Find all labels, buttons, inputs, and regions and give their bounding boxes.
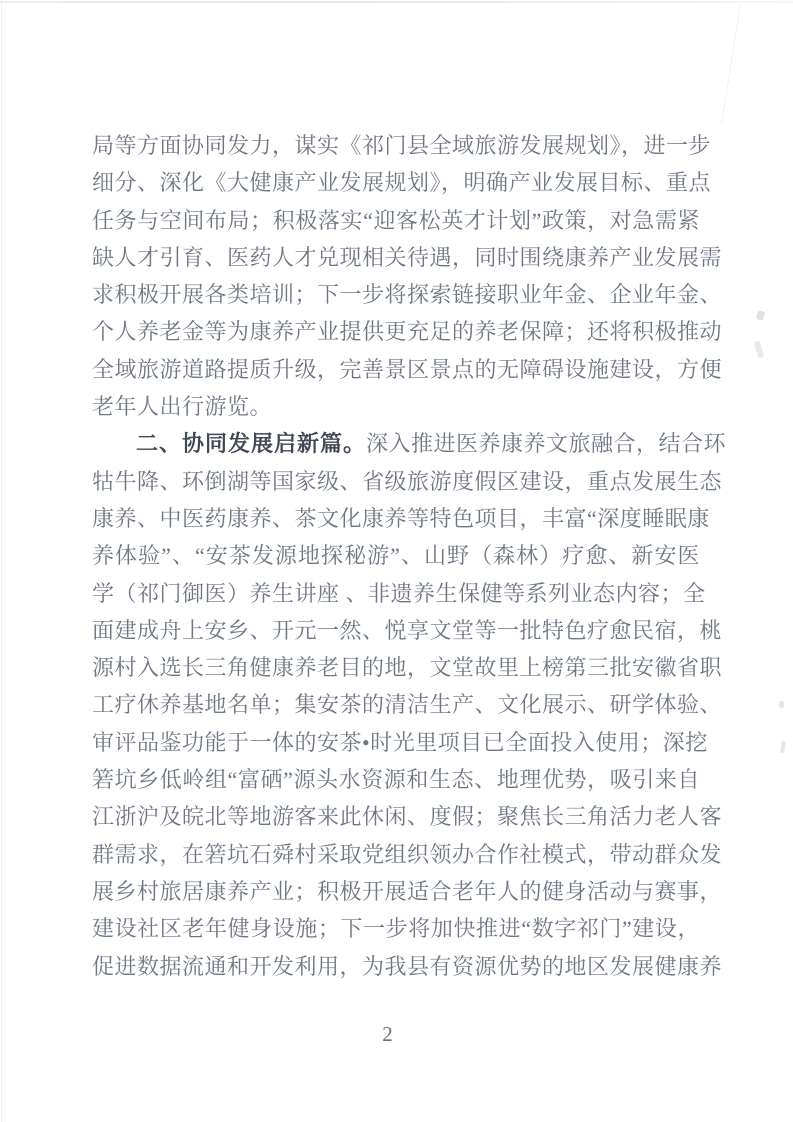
text-line: 局等方面协同发力，谋实《祁门县全域旅游发展规划》，进一步 [92, 127, 700, 164]
paragraph-heading: 二、协同发展启新篇。 [136, 431, 366, 456]
text-line: 牯牛降、环倒湖等国家级、省级旅游度假区建设，重点发展生态 [92, 463, 700, 500]
scan-artifact [754, 341, 764, 359]
scan-artifact [779, 701, 784, 708]
scan-artifact [756, 310, 766, 321]
text-line: 面建成舟上安乡、开元一然、悦享文堂等一批特色疗愈民宿，桃 [92, 612, 700, 649]
text-line: 建设社区老年健身设施；下一步将加快推进“数字祁门”建设， [92, 910, 700, 947]
text-line: 箬坑乡低岭组“富硒”源头水资源和生态、地理优势，吸引来自 [92, 761, 700, 798]
text-line: 展乡村旅居康养产业；积极开展适合老年人的健身活动与赛事， [92, 873, 700, 910]
text-line: 缺人才引育、医药人才兑现相关待遇，同时围绕康养产业发展需 [92, 239, 700, 276]
document-page: 局等方面协同发力，谋实《祁门县全域旅游发展规划》，进一步细分、深化《大健康产业发… [0, 0, 793, 1122]
text-line: 江浙沪及皖北等地游客来此休闲、度假；聚焦长三角活力老人客 [92, 798, 700, 835]
text-line: 工疗休养基地名单；集安茶的清洁生产、文化展示、研学体验、 [92, 686, 700, 723]
text-line: 细分、深化《大健康产业发展规划》，明确产业发展目标、重点 [92, 164, 700, 201]
text-line: 学（祁门御医）养生讲座 、非遗养生保健等系列业态内容；全 [92, 575, 700, 612]
document-body: 局等方面协同发力，谋实《祁门县全域旅游发展规划》，进一步细分、深化《大健康产业发… [92, 127, 700, 985]
scan-crease-artifact [721, 4, 741, 123]
text-line: 养体验”、“安茶发源地探秘游”、山野（森林）疗愈、新安医 [92, 537, 700, 574]
text-line: 促进数据流通和开发利用，为我县有资源优势的地区发展健康养 [92, 948, 700, 985]
text-line: 源村入选长三角健康养老目的地，文堂故里上榜第三批安徽省职 [92, 649, 700, 686]
text-line: 康养、中医药康养、茶文化康养等特色项目，丰富“深度睡眠康 [92, 500, 700, 537]
text-line: 审评品鉴功能于一体的安茶•时光里项目已全面投入使用；深挖 [92, 724, 700, 761]
scan-artifact [780, 741, 786, 754]
text-line: 个人养老金等为康养产业提供更充足的养老保障；还将积极推动 [92, 313, 700, 350]
scan-edge-top [0, 1, 793, 3]
text-line: 求积极开展各类培训；下一步将探索链接职业年金、企业年金、 [92, 276, 700, 313]
text-line: 全域旅游道路提质升级，完善景区景点的无障碍设施建设，方便 [92, 351, 700, 388]
scan-edge-left [1, 0, 2, 1122]
page-footer: 2 [0, 1022, 775, 1047]
text-line: 群需求，在箬坑石舜村采取党组织领办合作社模式，带动群众发 [92, 836, 700, 873]
text-line: 任务与空间布局；积极落实“迎客松英才计划”政策，对急需紧 [92, 202, 700, 239]
text-line: 二、协同发展启新篇。深入推进医养康养文旅融合，结合环 [92, 425, 700, 462]
page-number: 2 [382, 1022, 393, 1046]
text-line: 老年人出行游览。 [92, 388, 700, 425]
